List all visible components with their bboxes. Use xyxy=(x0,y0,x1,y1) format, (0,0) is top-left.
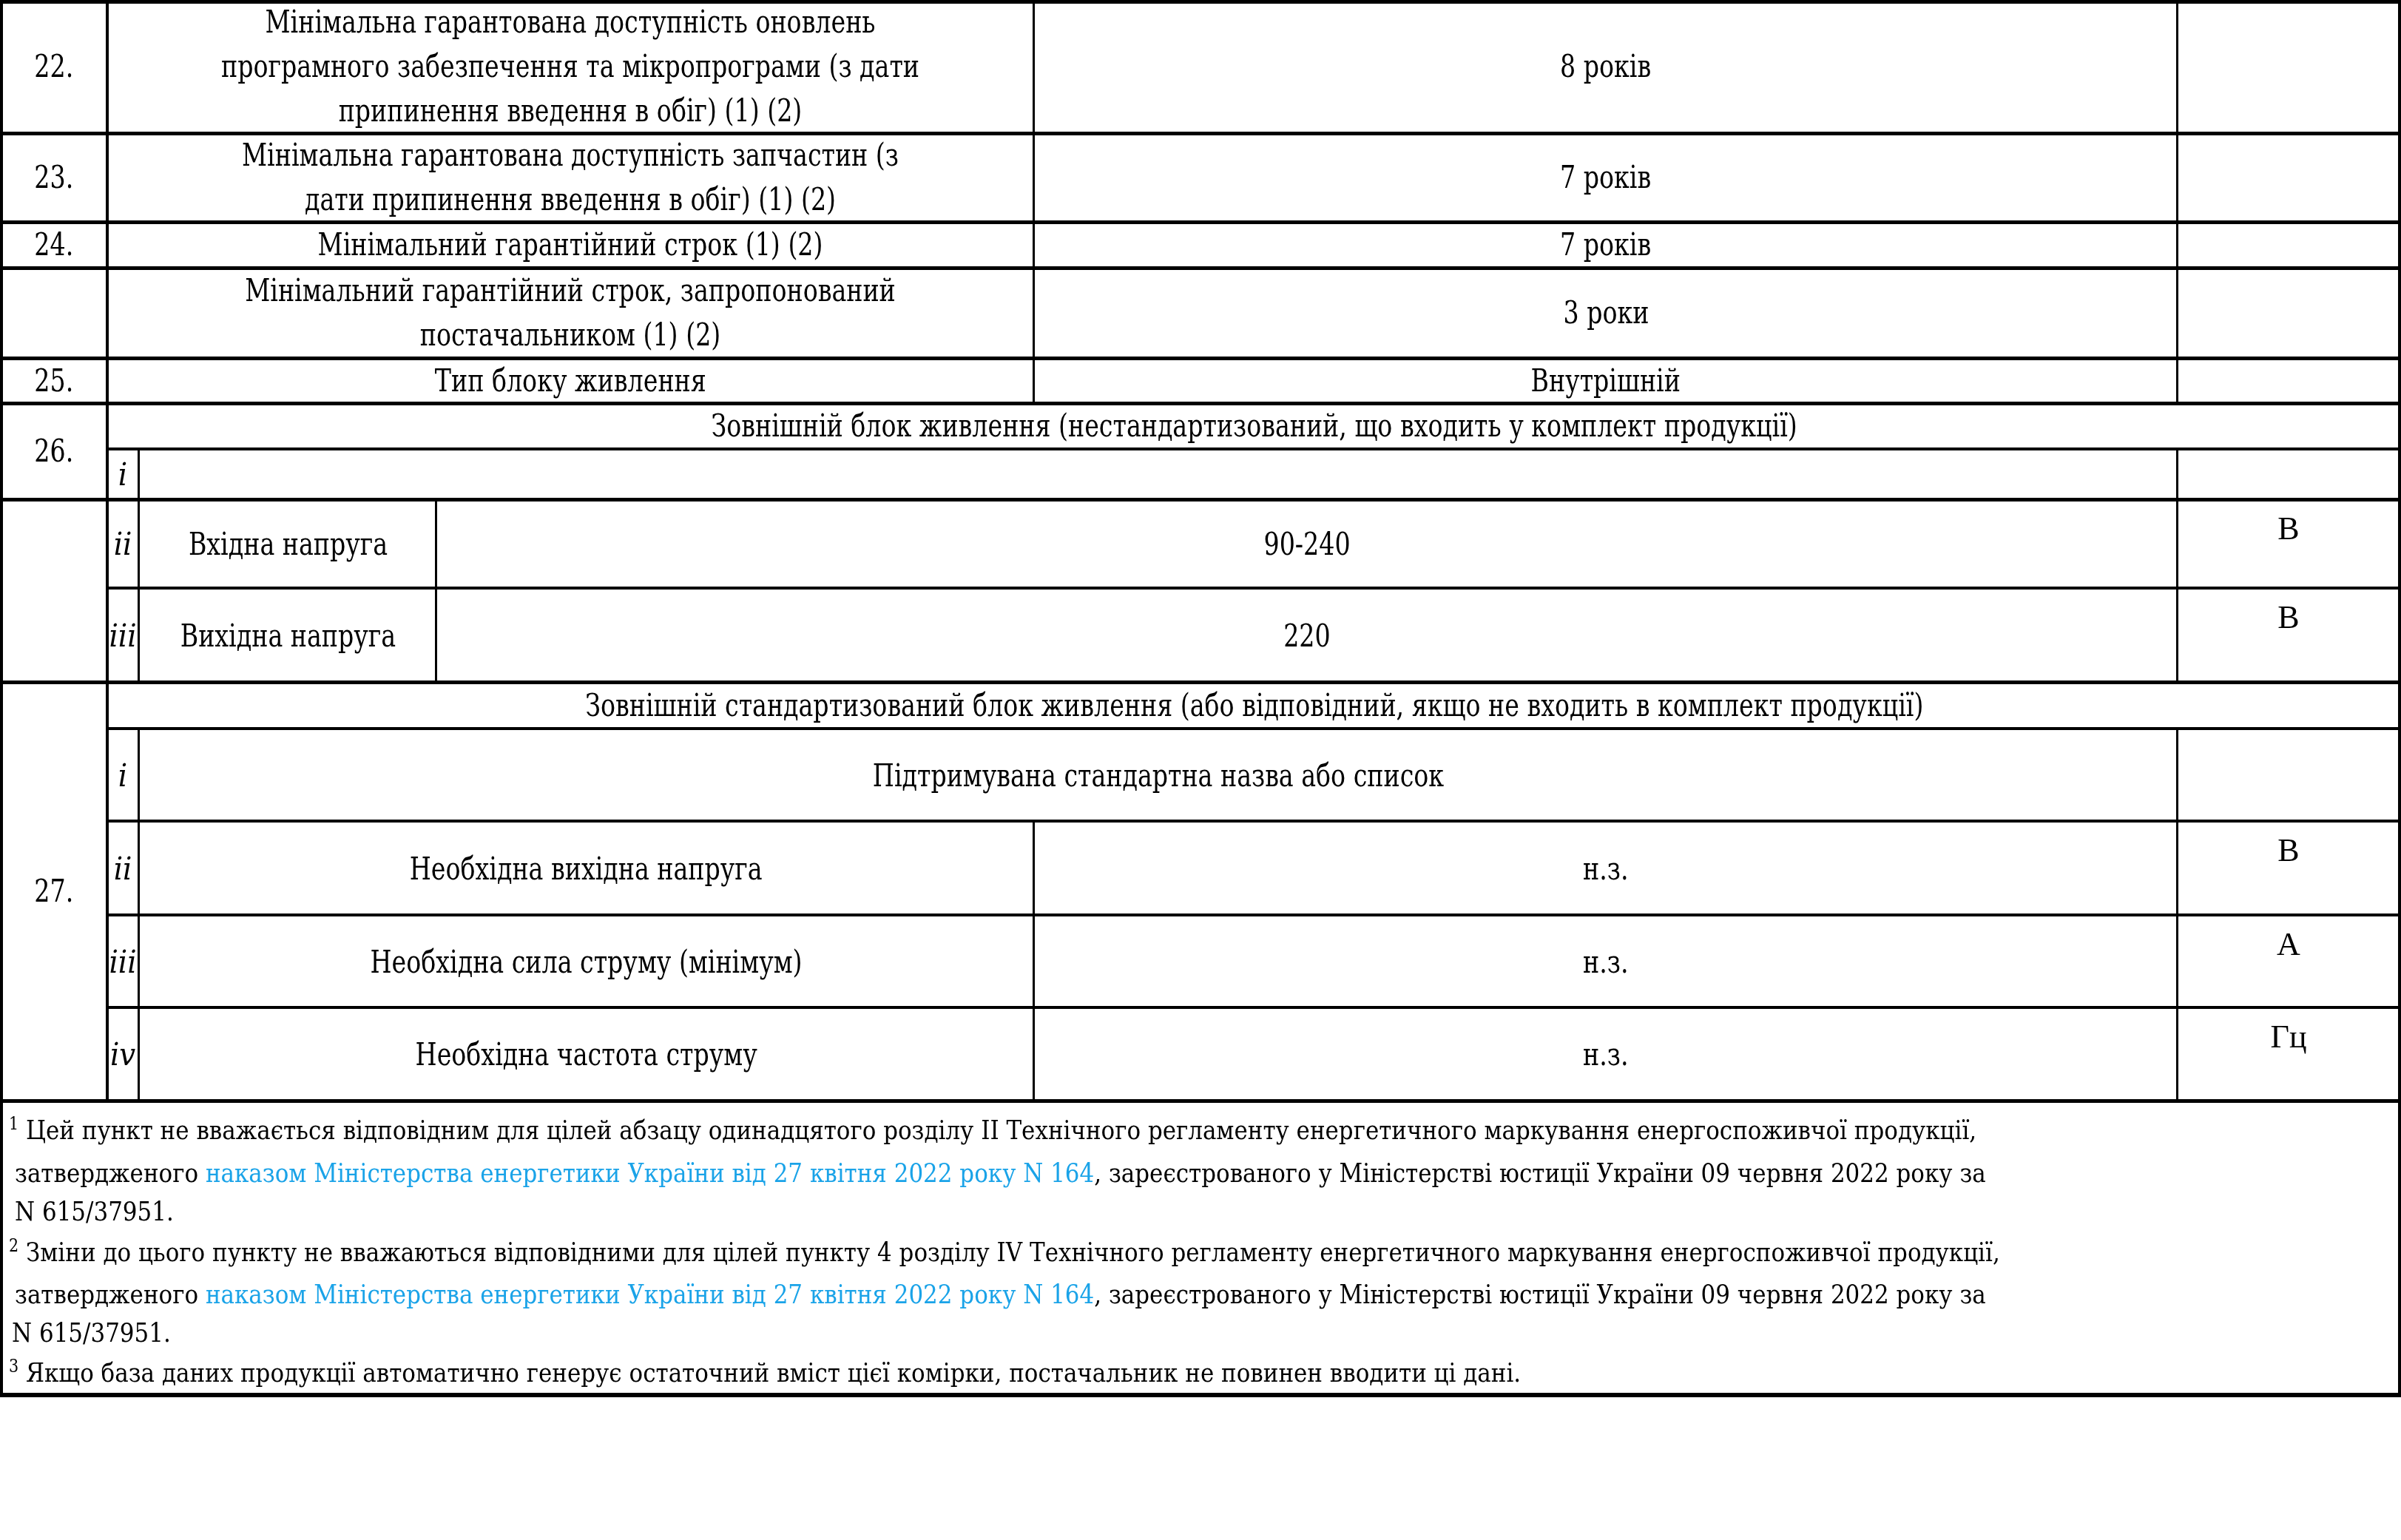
param-label: Необхідна сила струму (мінімум) xyxy=(139,916,1033,1007)
label-text: Необхідна вихідна напруга xyxy=(410,847,763,891)
value-text: 3 роки xyxy=(1563,291,1649,335)
roman-text: iii xyxy=(109,940,136,985)
param-label: Вхідна напруга xyxy=(139,501,436,588)
label-text: Тип блоку живлення xyxy=(435,359,706,403)
row-number: 26. xyxy=(0,403,107,499)
row-number: 23. xyxy=(0,133,107,222)
label-text: Вихідна напруга xyxy=(180,614,395,658)
value-text: Внутрішній xyxy=(1531,359,1681,403)
unit-cell: Гц xyxy=(2178,1009,2399,1101)
footnote-refs[interactable]: (1) (2) xyxy=(643,317,720,354)
unit-text: А xyxy=(2277,922,2300,967)
footnote-text: N 615/37951. xyxy=(15,1197,174,1227)
row-number-text: 24. xyxy=(34,223,73,267)
footnote-refs[interactable]: (1) (2) xyxy=(746,226,823,263)
row-number-text: 22. xyxy=(34,44,73,89)
param-label: Мінімальна гарантована доступність оновл… xyxy=(107,0,1033,133)
unit-cell: В xyxy=(2178,823,2399,915)
unit-cell: В xyxy=(2178,501,2399,588)
label-text: Мінімальний гарантійний строк, запропоно… xyxy=(245,272,896,354)
param-label: Тип блоку живлення xyxy=(107,358,1033,403)
row-number-text: 27. xyxy=(34,869,73,913)
footnote-3: 3 Якщо база даних продукції автоматично … xyxy=(9,1352,1521,1395)
label-text: Мінімальний гарантійний строк xyxy=(318,226,738,263)
label-text: Необхідна частота струму xyxy=(415,1033,757,1077)
roman-text: ii xyxy=(114,847,132,891)
roman-text: iv xyxy=(110,1033,135,1077)
param-label: Необхідна частота струму xyxy=(139,1009,1033,1101)
roman-index: iv xyxy=(107,1009,138,1101)
value-text: н.з. xyxy=(1583,940,1628,985)
unit-text: В xyxy=(2277,507,2299,551)
value-text: 7 років xyxy=(1560,155,1651,200)
value-text: 90-240 xyxy=(1263,522,1350,567)
footnote-text: Зміни до цього пункту не вважаються відп… xyxy=(26,1237,2000,1268)
roman-index: i xyxy=(107,450,138,499)
value-text: 7 років xyxy=(1560,223,1651,267)
param-label-text: Мінімальна гарантована доступність запча… xyxy=(210,133,931,222)
param-value: 3 роки xyxy=(1034,268,2178,358)
roman-text: i xyxy=(118,453,127,497)
row-number: 24. xyxy=(0,222,107,268)
row-number: 25. xyxy=(0,358,107,403)
footnote-1-line2: затвердженого наказом Міністерства енерг… xyxy=(15,1152,1986,1195)
value-text: 8 років xyxy=(1560,44,1651,89)
param-label-text: Мінімальна гарантована доступність оновл… xyxy=(185,0,956,133)
footnote-mark: 2 xyxy=(9,1235,18,1256)
param-value: 90-240 xyxy=(436,501,2178,588)
param-label-text: Мінімальний гарантійний строк, запропоно… xyxy=(210,269,931,357)
footnote-text: , зареєстрованого у Міністерстві юстиції… xyxy=(1094,1158,1985,1189)
label-text: Мінімальна гарантована доступність оновл… xyxy=(221,4,919,129)
unit-text: Гц xyxy=(2271,1015,2307,1059)
param-value: 7 років xyxy=(1034,222,2178,268)
unit-text: В xyxy=(2277,595,2299,640)
param-value: 7 років xyxy=(1034,133,2178,222)
param-label: Мінімальна гарантована доступність запча… xyxy=(107,133,1033,222)
roman-index: iii xyxy=(107,590,138,682)
footnote-2: 2 Зміни до цього пункту не вважаються ві… xyxy=(9,1232,2000,1274)
param-value: Внутрішній xyxy=(1034,358,2178,403)
param-label: Необхідна вихідна напруга xyxy=(139,823,1033,915)
value-text: н.з. xyxy=(1583,1033,1628,1077)
footnote-2-line3: N 615/37951. xyxy=(12,1312,171,1355)
param-label: Вихідна напруга xyxy=(139,590,436,682)
footnote-text: Цей пункт не вважається відповідним для … xyxy=(26,1115,1976,1146)
param-label: Мінімальний гарантійний строк, запропоно… xyxy=(107,268,1033,358)
label-text: Підтримувана стандартна назва або список xyxy=(873,754,1444,798)
footnote-text: Якщо база даних продукції автоматично ге… xyxy=(26,1358,1521,1388)
row-number-text: 26. xyxy=(34,429,73,473)
footnote-text: затвердженого xyxy=(15,1280,206,1310)
footnote-refs[interactable]: (1) (2) xyxy=(725,92,803,129)
label-text: Необхідна сила струму (мінімум) xyxy=(370,940,802,985)
value-text: 220 xyxy=(1283,614,1330,658)
param-label: Мінімальний гарантійний строк (1) (2) xyxy=(107,222,1033,268)
footnote-mark: 3 xyxy=(9,1356,18,1377)
section-header: Зовнішній блок живлення (нестандартизова… xyxy=(107,403,2401,449)
roman-index: i xyxy=(107,730,138,821)
unit-cell: А xyxy=(2178,916,2399,1007)
footnote-1: 1 Цей пункт не вважається відповідним дл… xyxy=(9,1110,1976,1152)
roman-index: iii xyxy=(107,916,138,1007)
label-text: Вхідна напруга xyxy=(188,522,387,567)
row-number-text: 23. xyxy=(34,155,73,200)
param-value: н.з. xyxy=(1034,1009,2178,1101)
param-value: 220 xyxy=(436,590,2178,682)
section-header-text: Зовнішній стандартизований блок живлення… xyxy=(585,683,1923,728)
footnote-text: затвердженого xyxy=(15,1158,206,1189)
row-number-text: 25. xyxy=(34,359,73,403)
param-label-text: Мінімальний гарантійний строк (1) (2) xyxy=(318,223,823,267)
footnote-mark: 1 xyxy=(9,1113,18,1134)
legal-act-link[interactable]: наказом Міністерства енергетики України … xyxy=(206,1280,1094,1310)
param-value: н.з. xyxy=(1034,916,2178,1007)
footnote-refs[interactable]: (1) (2) xyxy=(758,181,836,218)
roman-text: ii xyxy=(114,522,132,567)
row-number: 27. xyxy=(0,682,107,1101)
param-value: 8 років xyxy=(1034,0,2178,133)
section-header: Зовнішній стандартизований блок живлення… xyxy=(107,682,2401,729)
roman-index: ii xyxy=(107,501,138,588)
section-header-text: Зовнішній блок живлення (нестандартизова… xyxy=(711,404,1797,448)
unit-cell: В xyxy=(2178,590,2399,682)
unit-text: В xyxy=(2277,828,2299,873)
footnote-text: N 615/37951. xyxy=(12,1318,171,1348)
roman-index: ii xyxy=(107,823,138,915)
footnote-2-line2: затвердженого наказом Міністерства енерг… xyxy=(15,1274,1986,1317)
row-number: 22. xyxy=(0,0,107,133)
param-value: н.з. xyxy=(1034,823,2178,915)
legal-act-link[interactable]: наказом Міністерства енергетики України … xyxy=(206,1158,1094,1189)
footnote-text: , зареєстрованого у Міністерстві юстиції… xyxy=(1094,1280,1985,1310)
roman-text: i xyxy=(118,754,127,798)
footnote-1-line3: N 615/37951. xyxy=(15,1191,174,1234)
value-text: н.з. xyxy=(1583,847,1628,891)
roman-text: iii xyxy=(109,614,136,658)
param-label: Підтримувана стандартна назва або список xyxy=(139,730,2178,821)
